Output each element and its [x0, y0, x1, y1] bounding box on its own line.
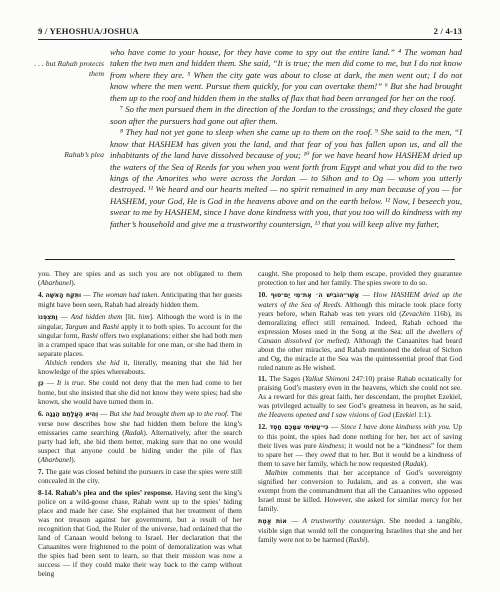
paragraph: Malbim comments that her acceptance of G…: [258, 469, 462, 514]
text-segment: ).: [424, 459, 428, 468]
text-segment: —: [81, 290, 92, 299]
text-segment: Zevachim: [402, 309, 430, 318]
section-divider: [45, 259, 455, 260]
text-segment: —: [44, 378, 57, 387]
paragraph: 7. The gate was closed behind the pursue…: [38, 468, 242, 486]
text-segment: The gate was closed behind the pursuers …: [38, 467, 242, 485]
text-segment: 12.: [258, 422, 269, 431]
paragraph: ⁷ So the men pursued them in the directi…: [110, 104, 462, 127]
paragraph: 6. וְהִיא הֶעֱלָתַם הַגָּגָה — But she h…: [38, 410, 242, 465]
header-book-title: 9 / YEHOSHUA/JOSHUA: [38, 26, 139, 36]
commentary-left-column: you. They are spies and as such you are …: [38, 270, 242, 582]
text-segment: 8-14. Rahab’s plea and the spies’ respon…: [38, 488, 175, 497]
text-segment: —: [329, 422, 341, 431]
paragraph: 8-14. Rahab’s plea and the spies’ respon…: [38, 489, 242, 579]
text-segment: —: [58, 312, 71, 321]
text-segment: Targum: [65, 322, 87, 331]
paragraph: 10. אֲשֶׁר־הוֹבִישׁ ה׳ אֶת־מֵי יַם־סוּף …: [258, 291, 462, 373]
header-chapter-verse-ref: 2 / 4-13: [434, 26, 462, 36]
paragraph: 12. כִּי־עָשִׂיתִי עִמָּכֶם חָסֶד — Sinc…: [258, 423, 462, 469]
text-segment: Rashi: [81, 331, 98, 340]
text-segment: ).: [365, 535, 369, 544]
text-segment: Having sent the king’s police on a wild-…: [38, 488, 242, 578]
text-segment: Rashi: [102, 322, 119, 331]
text-segment: —: [98, 409, 109, 418]
text-segment: Abarbanel: [40, 278, 71, 287]
paragraph: who have come to your house, for they ha…: [110, 47, 462, 104]
margin-note-rahab-protects: . . . but Rahab protects them: [24, 59, 104, 78]
text-segment: כִּי־עָשִׂיתִי עִמָּכֶם חָסֶד: [269, 424, 328, 431]
text-segment: Alshich: [45, 358, 67, 367]
text-segment: 1:1).: [416, 410, 431, 419]
text-segment: —: [287, 516, 303, 525]
paragraph: you. They are spies and as such you are …: [38, 270, 242, 288]
text-segment: caught. She proposed to help them escape…: [258, 269, 462, 287]
text-segment: אֲשֶׁר־הוֹבִישׁ ה׳ אֶת־מֵי יַם־סוּף: [271, 292, 359, 299]
text-segment: The woman had taken.: [93, 290, 160, 299]
text-segment: and: [87, 322, 102, 331]
margin-note-rahabs-plea: Rahab’s plea: [24, 150, 104, 160]
text-segment: who have come to your house, for they ha…: [110, 47, 462, 103]
paragraph: Alshich renders she hid it, literally, m…: [38, 359, 242, 377]
text-segment: The Sages (: [269, 374, 305, 383]
text-segment: And hidden them: [71, 312, 123, 321]
header-rule: [38, 39, 462, 40]
text-segment: ).: [71, 455, 75, 464]
translation-text-block: who have come to your house, for they ha…: [110, 47, 462, 230]
text-segment: him: [139, 312, 150, 321]
text-segment: ).: [71, 278, 75, 287]
paragraph: ⁸ They had not yet gone to sleep when sh…: [110, 127, 462, 230]
text-segment: comments that her acceptance of God’s so…: [258, 468, 462, 513]
text-segment: 4.: [38, 290, 46, 299]
text-segment: the Heavens opened and I saw visions of …: [258, 410, 391, 419]
text-segment: Yalkut Shimoni: [305, 374, 349, 383]
text-segment: Radak: [405, 459, 424, 468]
text-segment: וְהִיא הֶעֱלָתַם הַגָּגָה: [45, 411, 98, 418]
text-segment: ותִּקַּח הָאִשָּׁה: [46, 292, 82, 299]
text-segment: But she had brought them up to the roof.: [109, 409, 228, 418]
commentary-right-column: caught. She proposed to help them escape…: [258, 270, 462, 582]
text-segment: Abarbanel: [40, 455, 71, 464]
text-segment: It is true.: [57, 378, 86, 387]
page-header: 9 / YEHOSHUA/JOSHUA 2 / 4-13: [38, 26, 462, 36]
paragraph: caught. She proposed to help them escape…: [258, 270, 462, 288]
text-segment: ⁷ So the men pursued them in the directi…: [110, 104, 462, 125]
paragraph: כֵּן — It is true. She could not deny th…: [38, 379, 242, 407]
commentary-section: you. They are spies and as such you are …: [38, 270, 462, 582]
text-segment: Since I have done kindness with you.: [341, 422, 451, 431]
text-segment: Ezekiel: [395, 410, 416, 419]
text-segment: owed: [320, 450, 335, 459]
paragraph: 11. The Sages (Yalkut Shimoni 247:10) pr…: [258, 375, 462, 420]
text-segment: kindness: [319, 441, 344, 450]
text-segment: —: [359, 290, 373, 299]
text-segment: 10.: [258, 290, 271, 299]
text-segment: ⁸ They had not yet gone to sleep when sh…: [110, 127, 462, 229]
text-segment: renders: [67, 358, 97, 367]
text-segment: אוֹת אֱמֶת: [258, 518, 287, 525]
paragraph: וַתִּצְפְּנוֹ — And hidden them [lit. hi…: [38, 313, 242, 359]
text-segment: Radak: [125, 428, 144, 437]
paragraph: אוֹת אֱמֶת — A trustworthy countersign. …: [258, 517, 462, 545]
text-segment: A trustworthy countersign.: [303, 516, 386, 525]
paragraph: 4. ותִּקַּח הָאִשָּׁה — The woman had ta…: [38, 291, 242, 310]
text-segment: Rashi: [348, 535, 365, 544]
text-segment: 11.: [258, 374, 269, 383]
text-segment: she hid: [96, 358, 123, 367]
book-page: 9 / YEHOSHUA/JOSHUA 2 / 4-13 . . . but R…: [0, 0, 500, 592]
text-segment: [lit.: [122, 312, 138, 321]
text-segment: וַתִּצְפְּנוֹ: [38, 314, 58, 321]
text-segment: Malbim: [265, 468, 288, 477]
